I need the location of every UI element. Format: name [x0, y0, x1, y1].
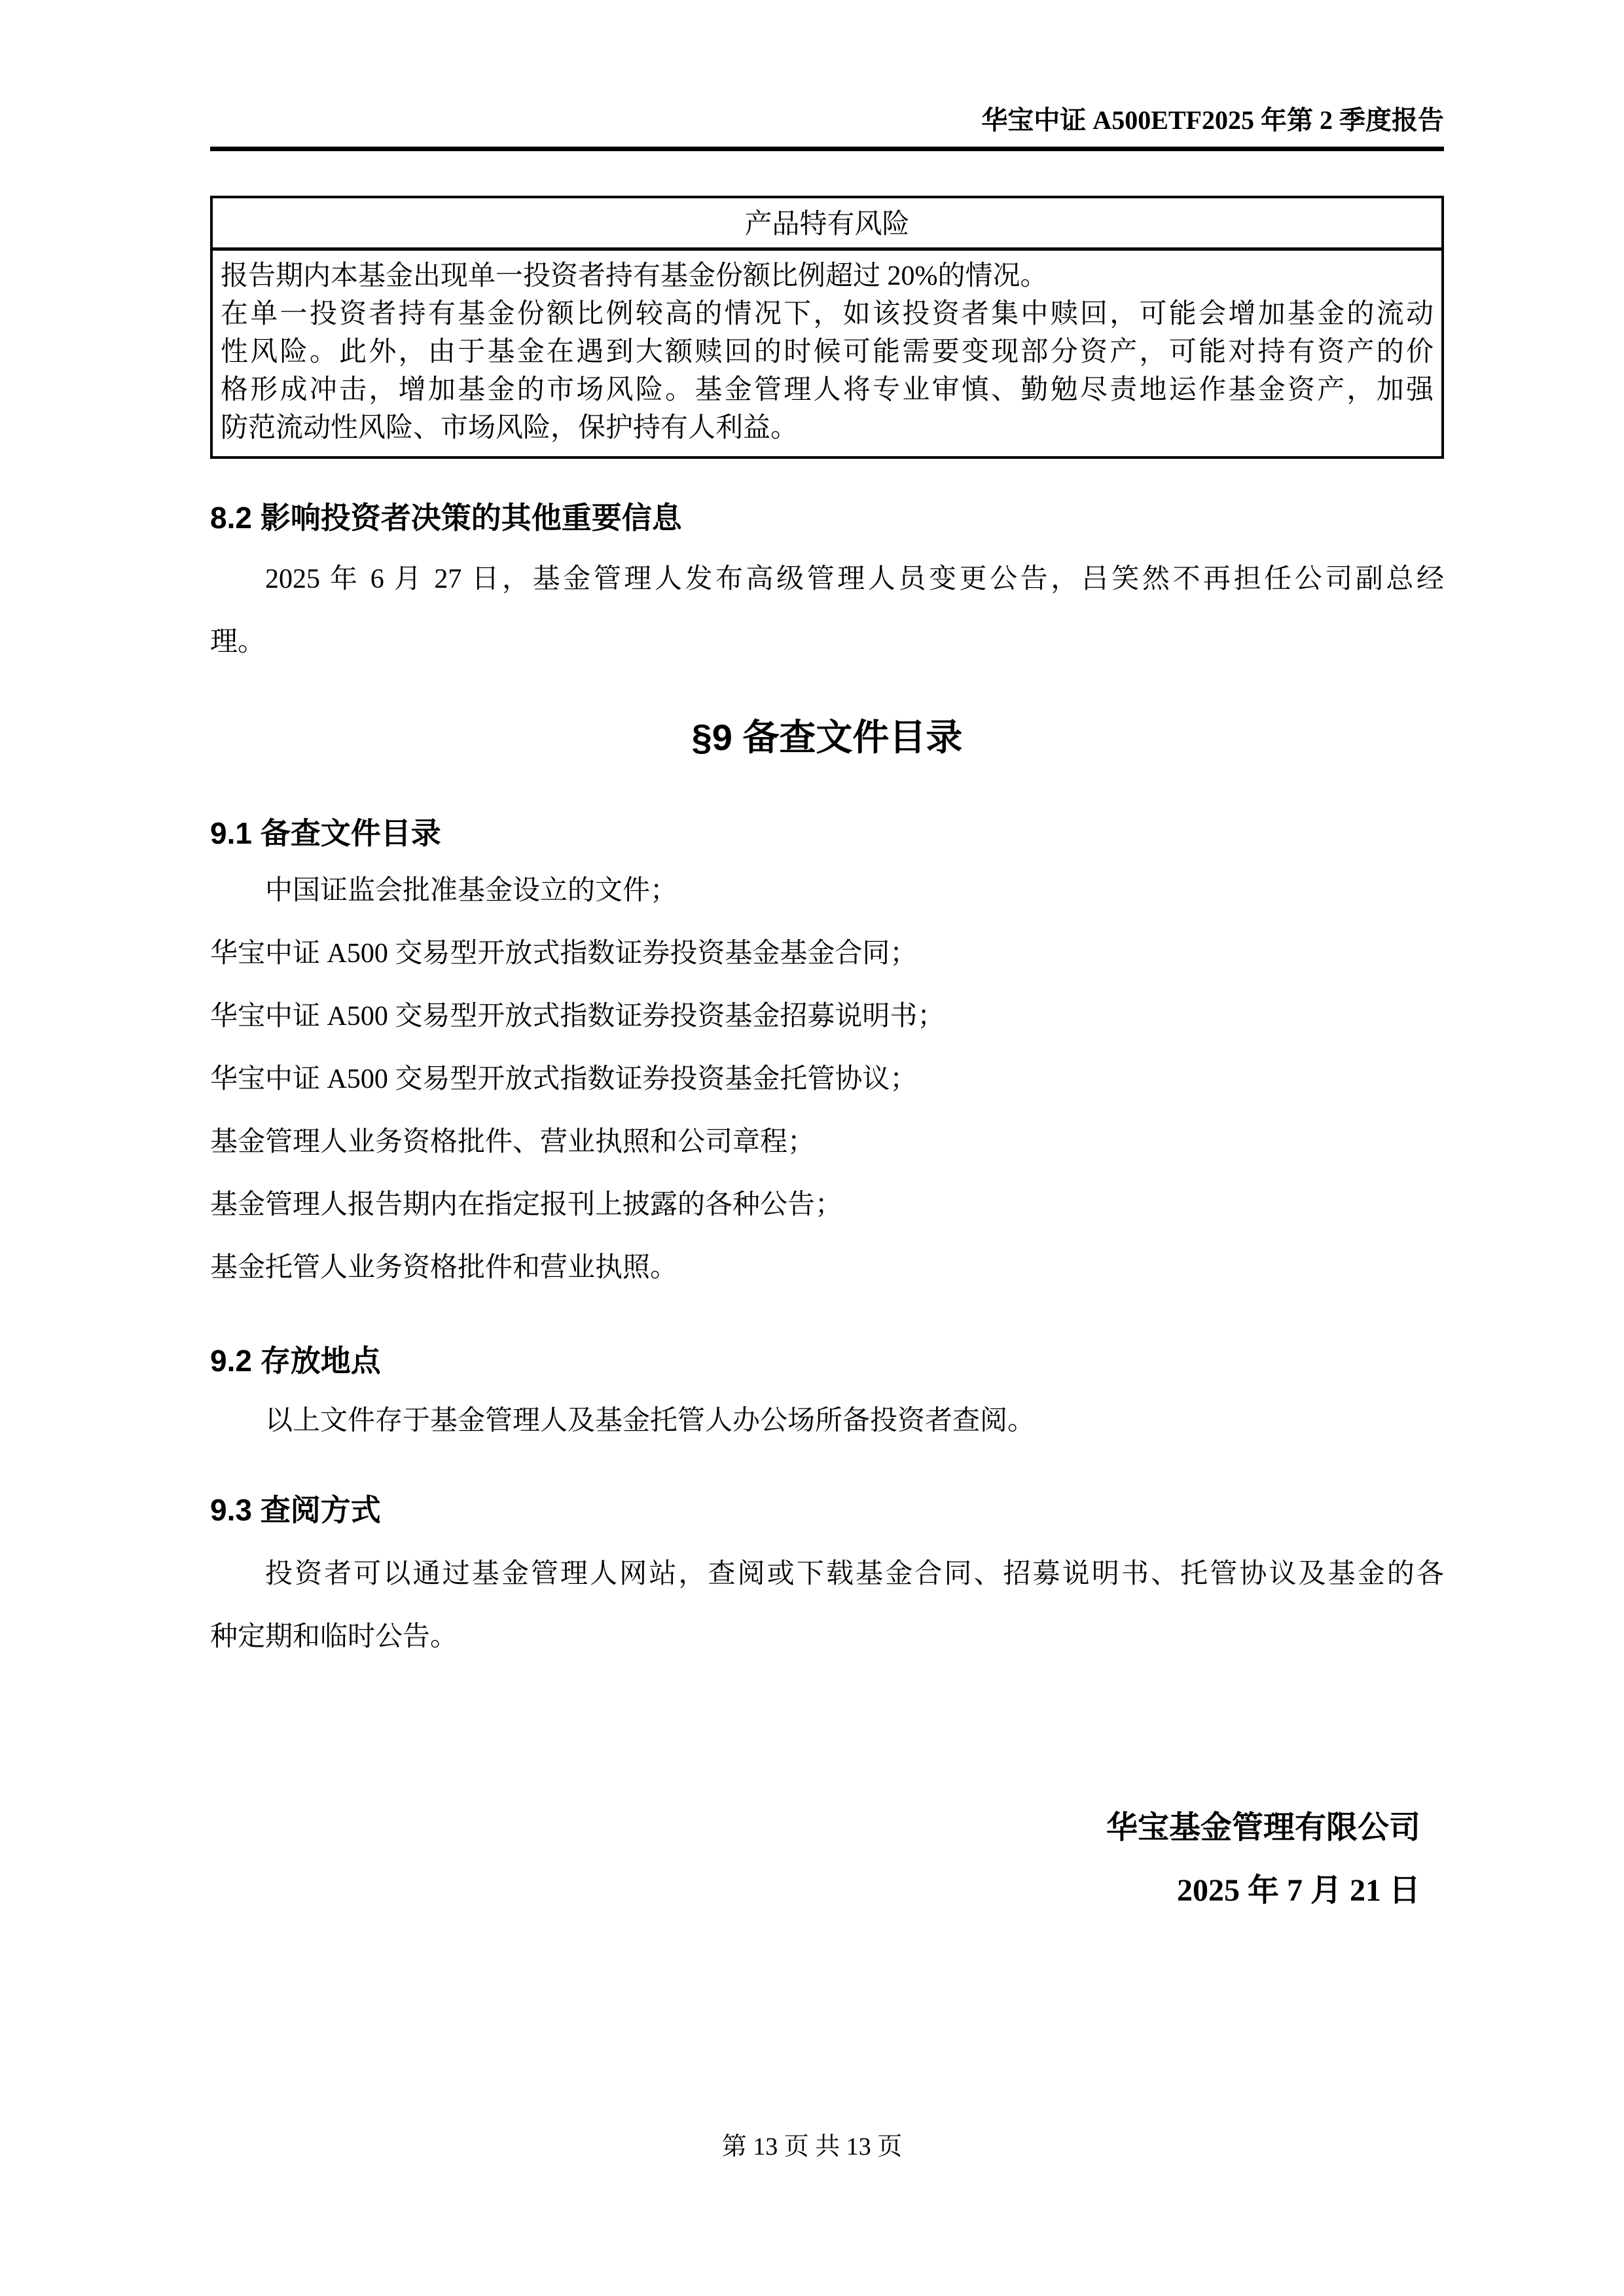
- text-line: 2025 年 6 月 27 日，基金管理人发布高级管理人员变更公告，吕笑然不再担…: [210, 548, 1444, 611]
- risk-table-header-cell: 产品特有风险: [213, 198, 1441, 251]
- signature-block: 华宝基金管理有限公司 2025 年 7 月 21 日: [210, 1797, 1444, 1922]
- signature-date: 2025 年 7 月 21 日: [210, 1859, 1420, 1922]
- section-9-3-paragraph: 投资者可以通过基金管理人网站，查阅或下载基金合同、招募说明书、托管协议及基金的各…: [210, 1543, 1444, 1668]
- page-number: 第 13 页 共 13 页: [722, 2133, 903, 2161]
- text-line: 在单一投资者持有基金份额比例较高的情况下，如该投资者集中赎回，可能会增加基金的流…: [221, 295, 1434, 333]
- document-list-item: 华宝中证 A500 交易型开放式指数证券投资基金招募说明书；: [210, 985, 1444, 1048]
- text-line: 防范流动性风险、市场风险，保护持有人利益。: [221, 409, 1434, 447]
- section-8-2-paragraph: 2025 年 6 月 27 日，基金管理人发布高级管理人员变更公告，吕笑然不再担…: [210, 548, 1444, 673]
- header-title: 华宝中证 A500ETF2025 年第 2 季度报告: [981, 105, 1444, 135]
- text-line: 投资者可以通过基金管理人网站，查阅或下载基金合同、招募说明书、托管协议及基金的各: [210, 1543, 1444, 1605]
- document-list-item: 基金管理人报告期内在指定报刊上披露的各种公告；: [210, 1174, 1444, 1236]
- document-list-item: 华宝中证 A500 交易型开放式指数证券投资基金基金合同；: [210, 922, 1444, 985]
- page-footer: 第 13 页 共 13 页: [0, 2128, 1624, 2165]
- report-page: { "page": { "header_title": "华宝中证 A500ET…: [0, 0, 1624, 2296]
- document-list-item: 中国证监会批准基金设立的文件；: [210, 859, 1444, 922]
- risk-table-body-cell: 报告期内本基金出现单一投资者持有基金份额比例超过 20%的情况。 在单一投资者持…: [213, 251, 1441, 456]
- text-line: 种定期和临时公告。: [210, 1605, 1444, 1668]
- text-line: 格形成冲击，增加基金的市场风险。基金管理人将专业审慎、勤勉尽责地运作基金资产，加…: [221, 371, 1434, 409]
- risk-paragraph-1: 报告期内本基金出现单一投资者持有基金份额比例超过 20%的情况。: [221, 257, 1434, 295]
- section-9-2-paragraph: 以上文件存于基金管理人及基金托管人办公场所备投资者查阅。: [210, 1390, 1444, 1452]
- product-risk-table: 产品特有风险 报告期内本基金出现单一投资者持有基金份额比例超过 20%的情况。 …: [210, 196, 1444, 459]
- section-9-3-heading: 9.3 查阅方式: [210, 1489, 1444, 1531]
- text-line: 理。: [210, 611, 1444, 673]
- document-list-item: 基金托管人业务资格批件和营业执照。: [210, 1236, 1444, 1299]
- document-list: 中国证监会批准基金设立的文件； 华宝中证 A500 交易型开放式指数证券投资基金…: [210, 859, 1444, 1299]
- section-8-2-heading: 8.2 影响投资者决策的其他重要信息: [210, 497, 1444, 539]
- page-header: 华宝中证 A500ETF2025 年第 2 季度报告: [210, 0, 1444, 151]
- section-9-title: §9 备查文件目录: [210, 710, 1444, 765]
- text-line: 性风险。此外，由于基金在遇到大额赎回的时候可能需要变现部分资产，可能对持有资产的…: [221, 333, 1434, 371]
- risk-paragraph-2: 在单一投资者持有基金份额比例较高的情况下，如该投资者集中赎回，可能会增加基金的流…: [221, 295, 1434, 447]
- section-9-1-heading: 9.1 备查文件目录: [210, 812, 1444, 854]
- text-line: 报告期内本基金出现单一投资者持有基金份额比例超过 20%的情况。: [221, 257, 1434, 295]
- signature-company: 华宝基金管理有限公司: [210, 1797, 1420, 1859]
- section-9-2-heading: 9.2 存放地点: [210, 1340, 1444, 1382]
- document-list-item: 基金管理人业务资格批件、营业执照和公司章程；: [210, 1111, 1444, 1174]
- page-content: 产品特有风险 报告期内本基金出现单一投资者持有基金份额比例超过 20%的情况。 …: [210, 196, 1444, 1922]
- document-list-item: 华宝中证 A500 交易型开放式指数证券投资基金托管协议；: [210, 1048, 1444, 1111]
